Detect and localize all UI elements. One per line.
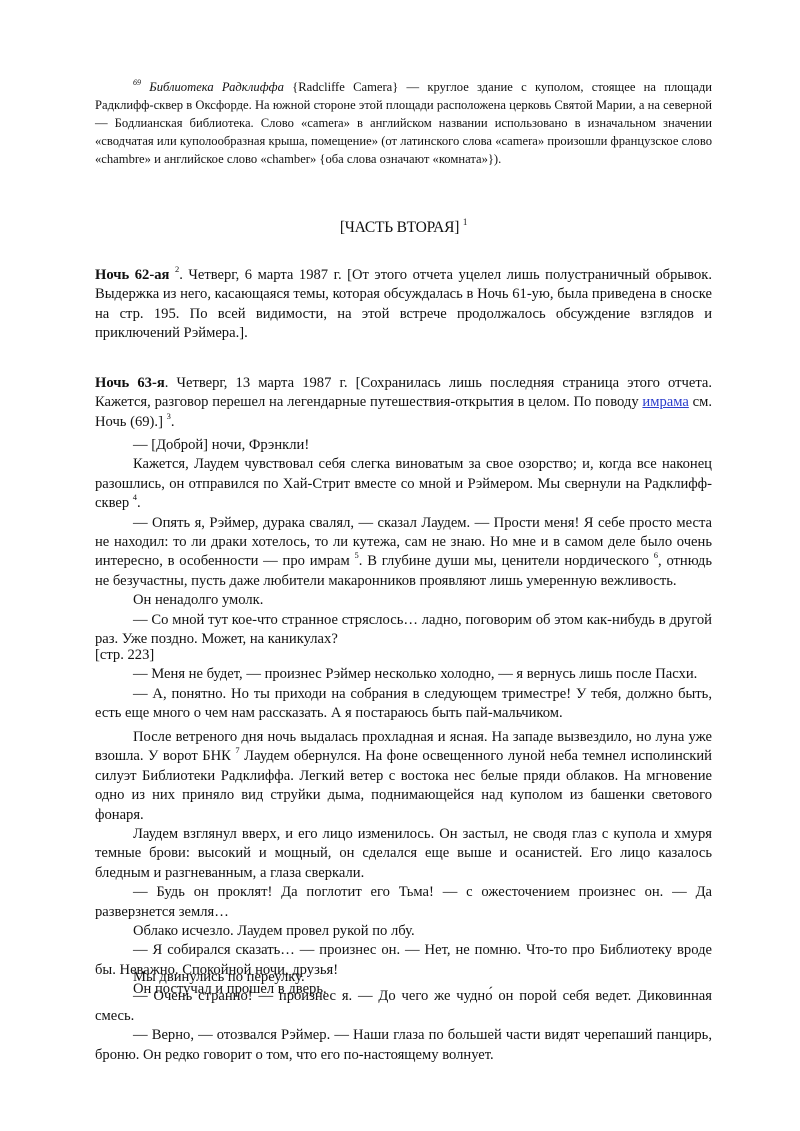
page-number-marker: [стр. 223] xyxy=(95,646,712,665)
footnote-number: 69 xyxy=(133,78,141,87)
paragraph: — Верно, — отозвался Рэймер. — Наши глаз… xyxy=(95,1026,712,1065)
paragraph: — Опять я, Рэймер, дурака свалял, — сказ… xyxy=(95,514,712,592)
night-62-entry: Ночь 62-ая 2. Четверг, 6 марта 1987 г. [… xyxy=(95,266,712,344)
paragraph: Мы двинулись по переулку. xyxy=(95,968,712,987)
paragraph: Облако исчезло. Лаудем провел рукой по л… xyxy=(95,922,712,941)
paragraph: — Будь он проклят! Да поглотит его Тьма!… xyxy=(95,883,712,922)
dialog-section-1: — [Доброй] ночи, Фрэнкли! Кажется, Лауде… xyxy=(95,436,712,649)
paragraph: Лаудем взглянул вверх, и его лицо измени… xyxy=(95,825,712,883)
paragraph: Он ненадолго умолк. xyxy=(95,591,712,610)
paragraph: — [Доброй] ночи, Фрэнкли! xyxy=(95,436,712,455)
paragraph: — Меня не будет, — произнес Рэймер неско… xyxy=(95,665,712,684)
night-63-entry: Ночь 63-я. Четверг, 13 марта 1987 г. [Со… xyxy=(95,374,712,432)
paragraph: — Со мной тут кое-что странное стряслось… xyxy=(95,611,712,650)
footnote-69: 69 Библиотека Радклиффа {Radcliffe Camer… xyxy=(95,74,712,168)
page-223-section: [стр. 223] — Меня не будет, — произнес Р… xyxy=(95,646,712,724)
paragraph: Кажется, Лаудем чувствовал себя слегка в… xyxy=(95,455,712,513)
section-title: [ЧАСТЬ ВТОРАЯ] 1 xyxy=(95,217,712,237)
entry-label: Ночь 63-я xyxy=(95,375,165,391)
footnote-title: Библиотека Радклиффа xyxy=(149,80,284,94)
footnote-ref[interactable]: 1 xyxy=(463,217,467,227)
paragraph: — Очень странно! — произнес я. — До чего… xyxy=(95,987,712,1026)
narrative-section: После ветреного дня ночь выдалась прохла… xyxy=(95,728,712,1000)
lane-section: Мы двинулись по переулку. — Очень странн… xyxy=(95,968,712,1065)
imram-link[interactable]: имрама xyxy=(642,394,688,410)
entry-label: Ночь 62-ая xyxy=(95,267,169,283)
paragraph: После ветреного дня ночь выдалась прохла… xyxy=(95,728,712,825)
paragraph: — А, понятно. Но ты приходи на собрания … xyxy=(95,685,712,724)
